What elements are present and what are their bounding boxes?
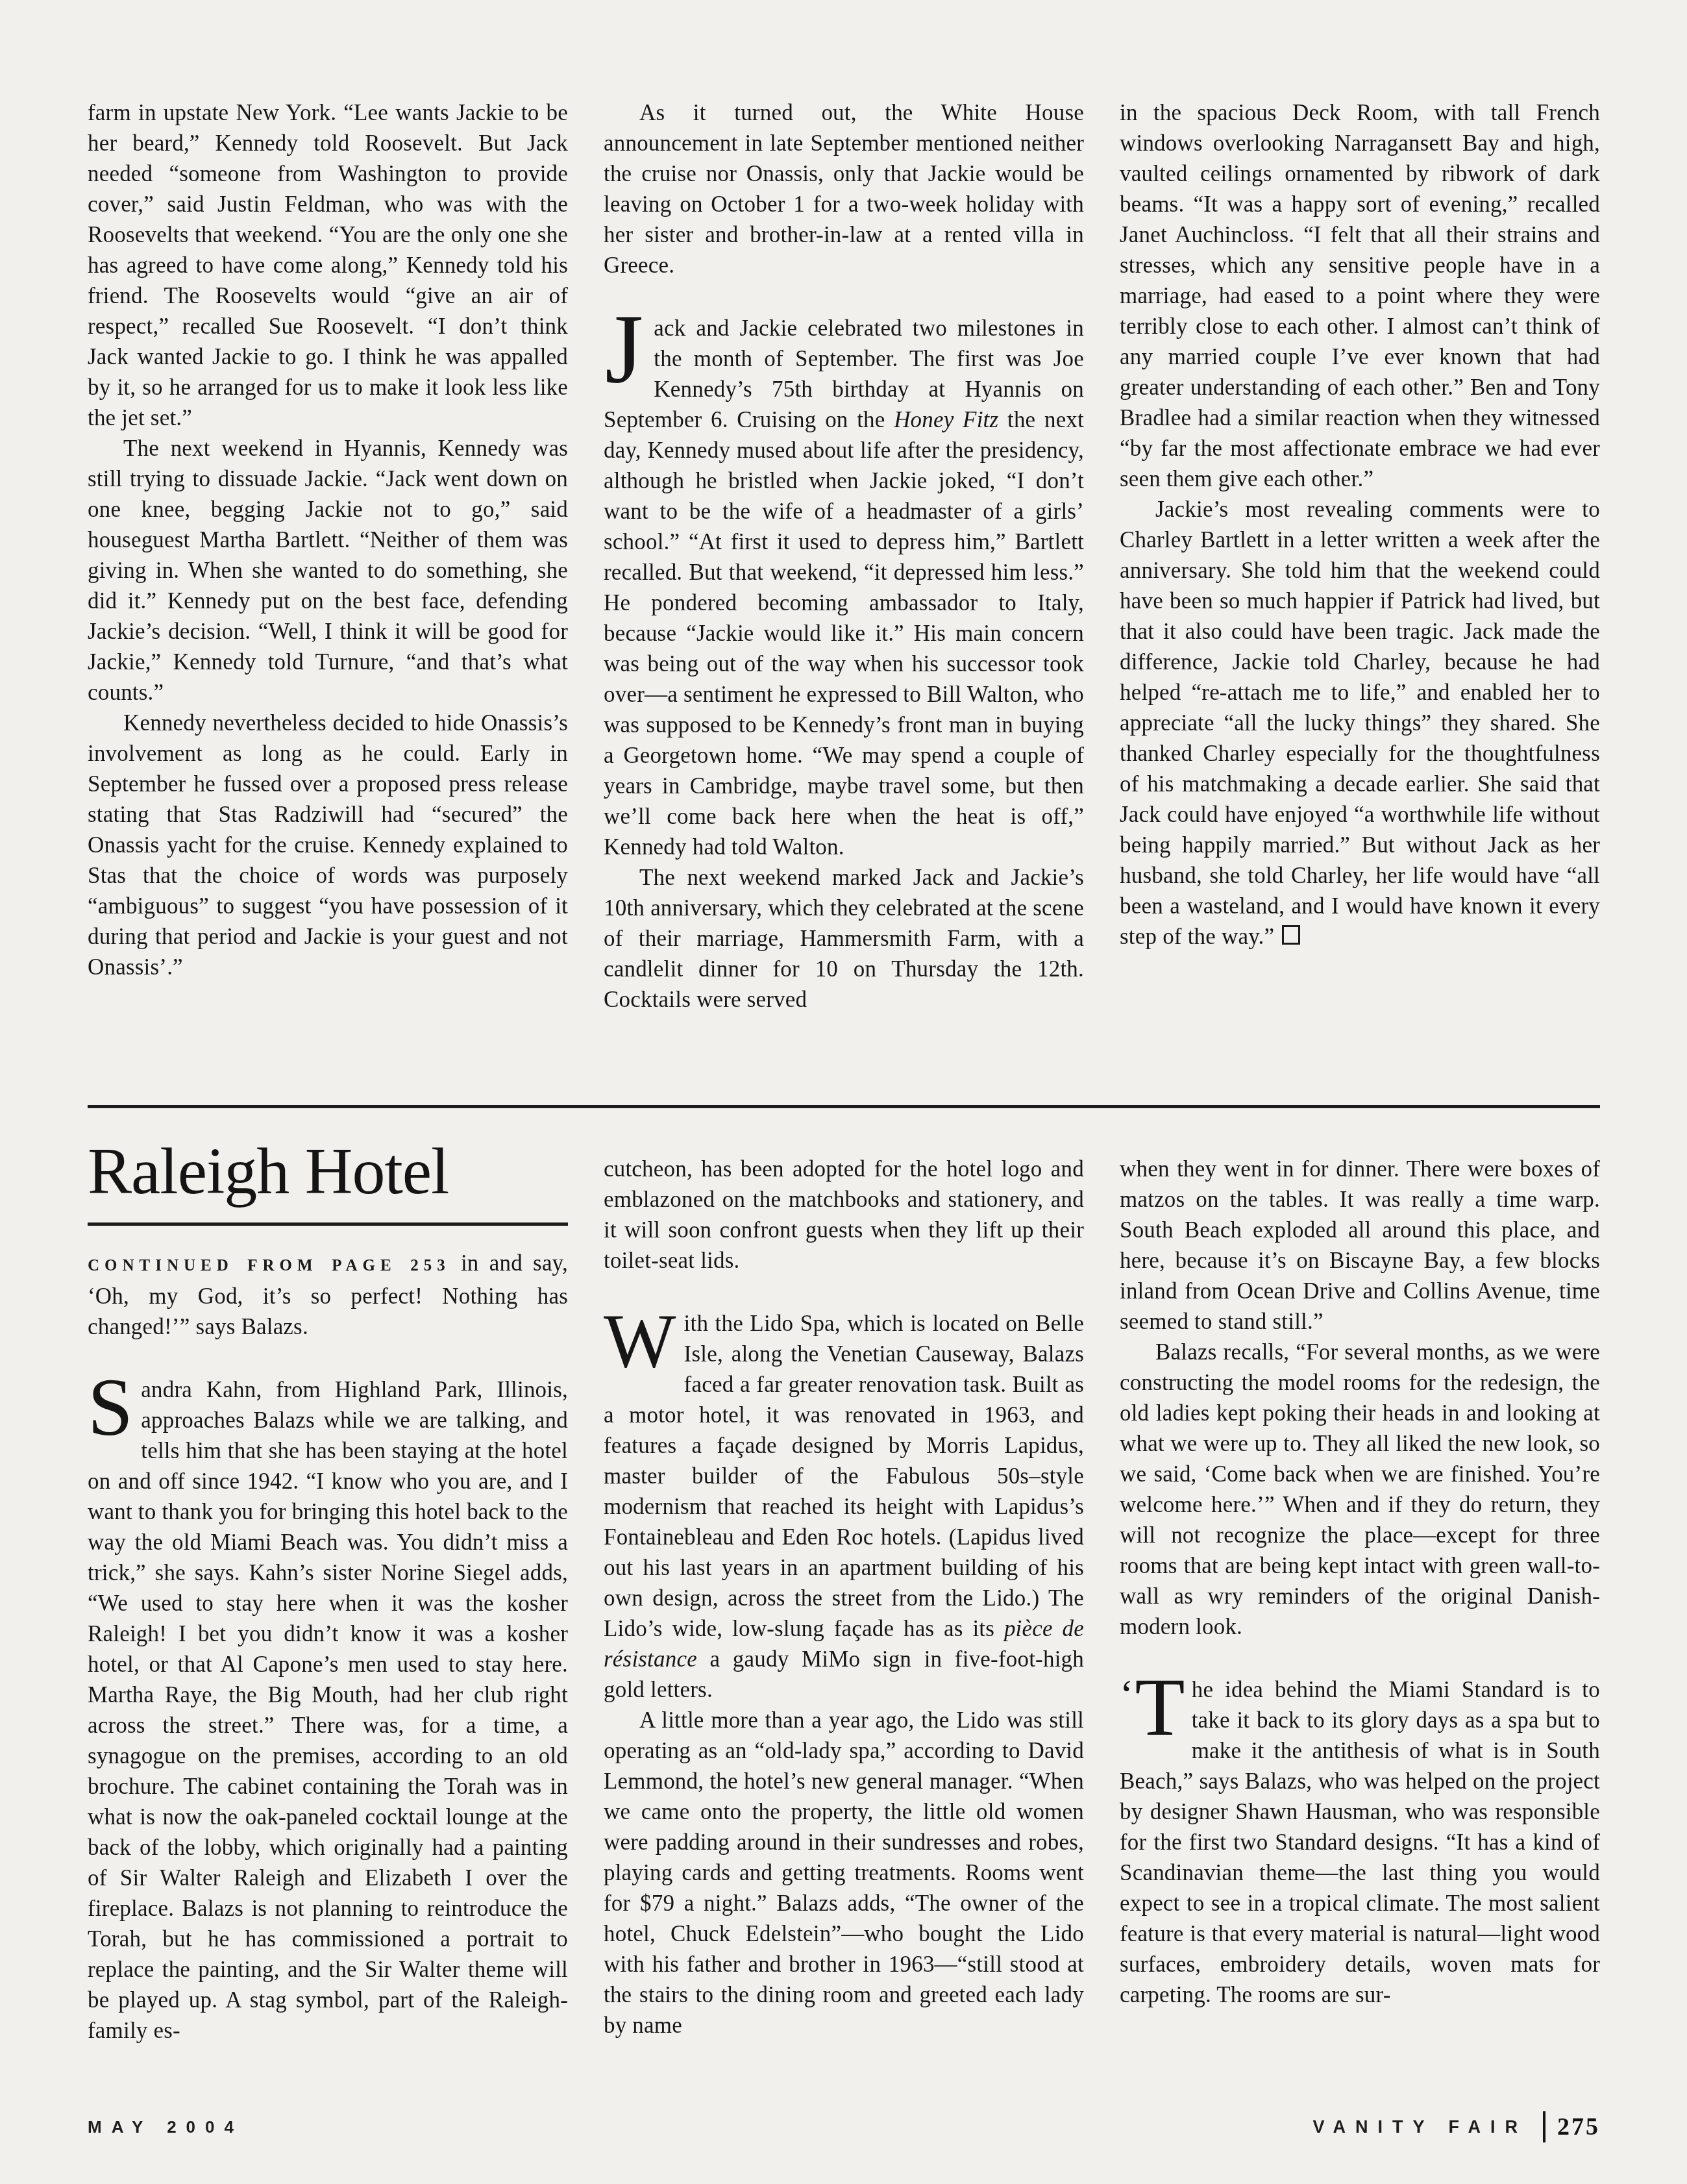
paragraph: Jackie’s most revealing comments were to…: [1120, 494, 1600, 952]
paragraph-text: the next day, Kennedy mused about life a…: [604, 407, 1084, 860]
paragraph: A little more than a year ago, the Lido …: [604, 1705, 1084, 2041]
dropcap-letter-j: J: [604, 313, 654, 383]
continued-paragraph: CONTINUED FROM PAGE 253 in and say, ‘Oh,…: [88, 1248, 568, 1342]
paragraph-text: he idea behind the Miami Standard is to …: [1120, 1677, 1600, 2007]
dropcap-paragraph: Jack and Jackie celebrated two milestone…: [604, 313, 1084, 862]
italic-boat-name: Honey Fitz: [894, 407, 998, 432]
paragraph: cutcheon, has been adopted for the hotel…: [604, 1154, 1084, 1276]
page-content: farm in upstate New York. “Lee wants Jac…: [88, 0, 1600, 2098]
paragraph: when they went in for dinner. There were…: [1120, 1154, 1600, 1337]
dropcap-paragraph: With the Lido Spa, which is located on B…: [604, 1308, 1084, 1705]
paragraph: in the spacious Deck Room, with tall Fre…: [1120, 97, 1600, 494]
page-number: 275: [1557, 2113, 1600, 2141]
kennedy-article: farm in upstate New York. “Lee wants Jac…: [88, 97, 1600, 1105]
paragraph: farm in upstate New York. “Lee wants Jac…: [88, 97, 568, 433]
issue-date: MAY 2004: [88, 2117, 243, 2137]
paragraph-text: andra Kahn, from Highland Park, Illinois…: [88, 1377, 568, 2043]
folio-right: VANITY FAIR 275: [1312, 2111, 1600, 2142]
dropcap-open-quote: ‘: [1120, 1674, 1135, 1739]
raleigh-article: Raleigh Hotel CONTINUED FROM PAGE 253 in…: [88, 1108, 1600, 2098]
dropcap-paragraph: Sandra Kahn, from Highland Park, Illinoi…: [88, 1374, 568, 2046]
magazine-page: farm in upstate New York. “Lee wants Jac…: [0, 0, 1687, 2184]
paragraph: As it turned out, the White House announ…: [604, 97, 1084, 280]
paragraph-text: Jackie’s most revealing comments were to…: [1120, 497, 1600, 949]
continued-from-label: CONTINUED FROM PAGE 253: [88, 1257, 450, 1274]
end-of-article-mark: [1282, 925, 1300, 945]
paragraph: The next weekend marked Jack and Jackie’…: [604, 862, 1084, 1015]
paragraph: Kennedy nevertheless decided to hide Ona…: [88, 708, 568, 982]
raleigh-column-1: Raleigh Hotel CONTINUED FROM PAGE 253 in…: [88, 1108, 568, 2098]
headline-rule: [88, 1222, 568, 1226]
folio-divider-bar: [1543, 2111, 1545, 2142]
kennedy-column-1: farm in upstate New York. “Lee wants Jac…: [88, 97, 568, 1105]
paragraph: Balazs recalls, “For several months, as …: [1120, 1337, 1600, 1642]
raleigh-headline: Raleigh Hotel: [88, 1138, 568, 1206]
kennedy-column-3: in the spacious Deck Room, with tall Fre…: [1120, 97, 1600, 1105]
raleigh-column-3: when they went in for dinner. There were…: [1120, 1108, 1600, 2098]
dropcap-paragraph: ‘The idea behind the Miami Standard is t…: [1120, 1674, 1600, 2010]
raleigh-column-2: cutcheon, has been adopted for the hotel…: [604, 1108, 1084, 2098]
magazine-title: VANITY FAIR: [1312, 2117, 1527, 2137]
dropcap-letter-w: W: [604, 1308, 684, 1377]
dropcap-letter-t: T: [1135, 1674, 1192, 1743]
kennedy-column-2: As it turned out, the White House announ…: [604, 97, 1084, 1105]
page-footer: MAY 2004 VANITY FAIR 275: [88, 2111, 1600, 2142]
dropcap-letter-s: S: [88, 1374, 141, 1443]
paragraph: The next weekend in Hyannis, Kennedy was…: [88, 433, 568, 708]
